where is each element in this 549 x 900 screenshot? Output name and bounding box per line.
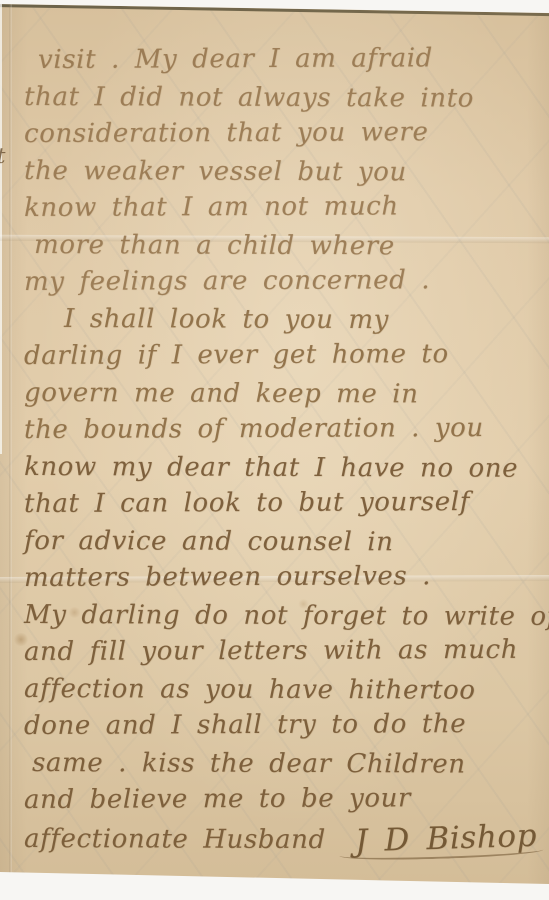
- letter-line: affection as you have hithertoo: [24, 671, 543, 710]
- letter-line: darling if I ever get home to: [24, 336, 543, 375]
- letter-line: govern me and keep me in: [24, 375, 543, 414]
- letter-line: know that I am not much: [24, 188, 543, 227]
- letter-line: and fill your letters with as much: [24, 632, 543, 671]
- letter-photo: t visit . My dear I am afraid that I did…: [0, 0, 549, 900]
- letter-line: more than a child where: [34, 227, 543, 266]
- letter-page: t visit . My dear I am afraid that I did…: [0, 0, 549, 900]
- letter-line: and believe me to be your: [24, 780, 543, 819]
- letter-closing-line: affectionate Husband J D Bishop: [24, 819, 543, 858]
- letter-line: know my dear that I have no one: [24, 449, 543, 488]
- signature: J D Bishop: [354, 818, 543, 861]
- letter-line: done and I shall try to do the: [24, 706, 543, 745]
- letter-line: same . kiss the dear Children: [32, 745, 543, 784]
- letter-line: the bounds of moderation . you: [24, 410, 543, 449]
- letter-line: I shall look to you my: [64, 301, 543, 340]
- letter-line: that I can look to but yourself: [24, 484, 543, 523]
- letter-line: for advice and counsel in: [24, 523, 543, 562]
- letter-line: visit . My dear I am afraid: [38, 40, 543, 79]
- letter-line: My darling do not forget to write often: [24, 597, 543, 636]
- letter-text: visit . My dear I am afraid that I did n…: [0, 0, 549, 856]
- letter-closing: affectionate Husband: [24, 821, 326, 859]
- letter-line: matters between ourselves .: [24, 558, 543, 597]
- letter-line: my feelings are concerned .: [24, 262, 543, 301]
- letter-line: consideration that you were: [24, 114, 543, 153]
- letter-line: the weaker vessel but you: [24, 153, 543, 192]
- letter-line: that I did not always take into: [24, 79, 543, 118]
